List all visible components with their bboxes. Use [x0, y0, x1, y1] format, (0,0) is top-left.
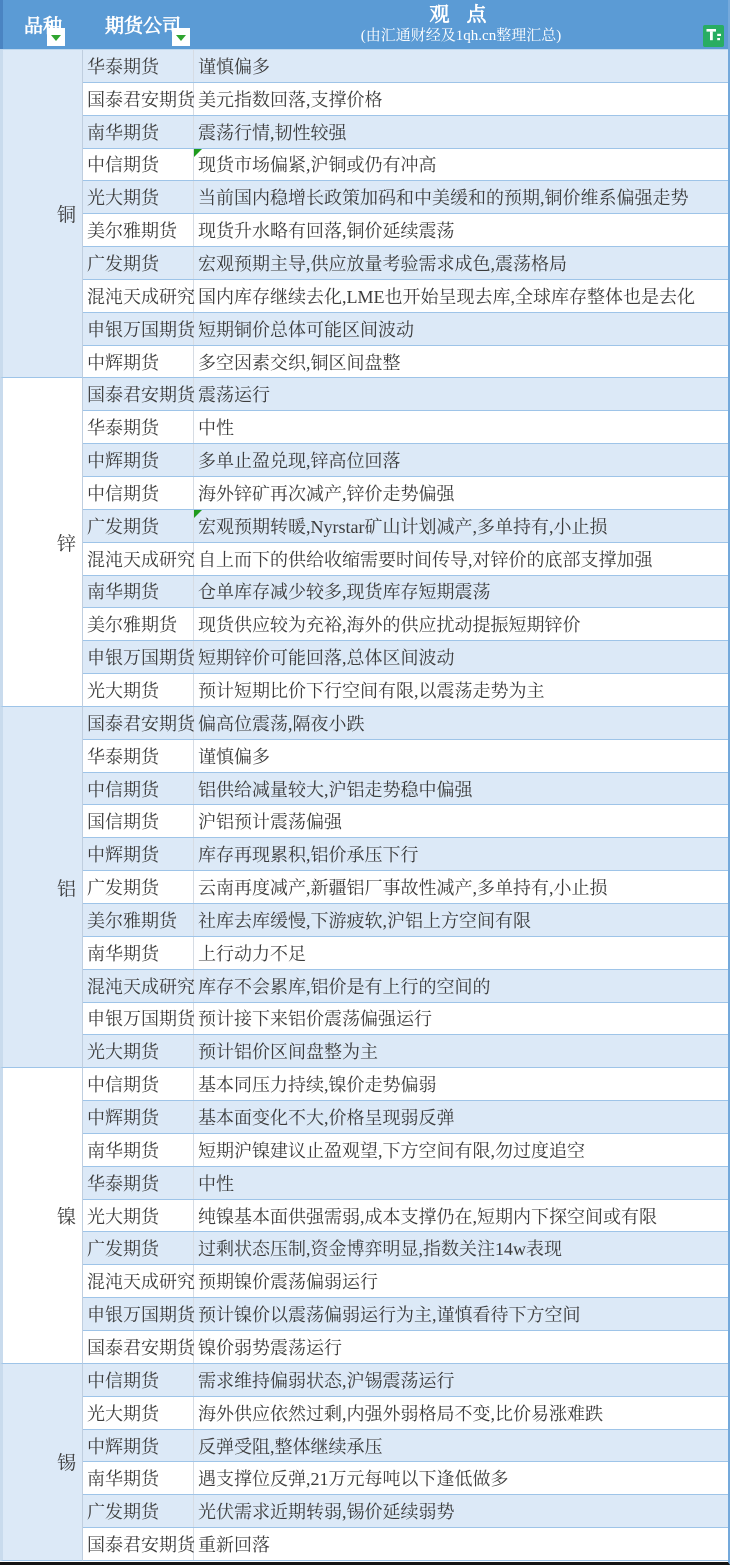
viewpoint-cell: 震荡运行 [194, 378, 728, 410]
table-row: 中辉期货多单止盈兑现,锌高位回落 [83, 444, 728, 477]
viewpoint-cell: 谨慎偏多 [194, 50, 728, 82]
viewpoint-cell: 沪铝预计震荡偏强 [194, 805, 728, 837]
table-row: 南华期货震荡行情,韧性较强 [83, 116, 728, 149]
header-cell-viewpoint: 观 点 (由汇通财经及1qh.cn整理汇总) [194, 0, 728, 49]
table-row: 南华期货短期沪镍建议止盈观望,下方空间有限,勿过度追空 [83, 1134, 728, 1167]
viewpoint-cell: 云南再度减产,新疆铝厂事故性减产,多单持有,小止损 [194, 871, 728, 903]
comment-triangle-icon [194, 149, 202, 157]
table-row: 混沌天成研究自上而下的供给收缩需要时间传导,对锌价的底部支撑加强 [83, 543, 728, 576]
company-cell: 华泰期货 [83, 1167, 194, 1199]
filter-dropdown-icon[interactable] [172, 28, 190, 46]
table-row: 中辉期货库存再现累积,铝价承压下行 [83, 838, 728, 871]
table-row: 中辉期货反弹受阻,整体继续承压 [83, 1430, 728, 1463]
table-row: 南华期货遇支撑位反弹,21万元每吨以下逢低做多 [83, 1462, 728, 1495]
table-row: 国泰君安期货镍价弱势震荡运行 [83, 1331, 728, 1364]
header-cell-variety: 品种 [0, 0, 83, 49]
comment-triangle-icon [194, 510, 202, 518]
company-cell: 光大期货 [83, 1035, 194, 1067]
table-row: 华泰期货中性 [83, 411, 728, 444]
table-row: 中信期货基本同压力持续,镍价走势偏弱 [83, 1068, 728, 1101]
viewpoint-cell: 短期沪镍建议止盈观望,下方空间有限,勿过度追空 [194, 1134, 728, 1166]
table-row: 南华期货仓单库存减少较多,现货库存短期震荡 [83, 576, 728, 609]
variety-section: 锡中信期货需求维持偏弱状态,沪锡震荡运行光大期货海外供应依然过剩,内强外弱格局不… [0, 1364, 728, 1561]
company-cell: 南华期货 [83, 937, 194, 969]
viewpoint-cell: 多空因素交织,铜区间盘整 [194, 346, 728, 378]
viewpoint-cell: 中性 [194, 1167, 728, 1199]
company-cell: 南华期货 [83, 1134, 194, 1166]
company-cell: 中信期货 [83, 149, 194, 181]
table-body: 铜华泰期货谨慎偏多国泰君安期货美元指数回落,支撑价格南华期货震荡行情,韧性较强中… [0, 50, 728, 1561]
table-row: 中辉期货多空因素交织,铜区间盘整 [83, 346, 728, 379]
company-cell: 华泰期货 [83, 411, 194, 443]
futures-opinions-table: 品种 期货公司 观 点 (由汇通财经及1qh.cn整理汇总) 铜华泰期货谨慎偏多… [0, 0, 730, 1565]
table-row: 中辉期货基本面变化不大,价格呈现弱反弹 [83, 1101, 728, 1134]
company-cell: 美尔雅期货 [83, 214, 194, 246]
viewpoint-cell: 遇支撑位反弹,21万元每吨以下逢低做多 [194, 1462, 728, 1494]
viewpoint-cell: 短期铜价总体可能区间波动 [194, 313, 728, 345]
variety-cell: 锌 [0, 378, 83, 706]
company-cell: 国泰君安期货 [83, 707, 194, 739]
company-cell: 国泰君安期货 [83, 1331, 194, 1363]
table-row: 美尔雅期货社库去库缓慢,下游疲软,沪铝上方空间有限 [83, 904, 728, 937]
variety-cell: 铜 [0, 50, 83, 378]
company-header-label: 期货公司 [105, 11, 181, 38]
company-cell: 混沌天成研究 [83, 970, 194, 1002]
table-row: 南华期货上行动力不足 [83, 937, 728, 970]
company-cell: 光大期货 [83, 1397, 194, 1429]
company-cell: 混沌天成研究 [83, 1265, 194, 1297]
viewpoint-cell: 库存不会累库,铝价是有上行的空间的 [194, 970, 728, 1002]
table-row: 申银万国期货短期铜价总体可能区间波动 [83, 313, 728, 346]
viewpoint-cell: 海外供应依然过剩,内强外弱格局不变,比价易涨难跌 [194, 1397, 728, 1429]
viewpoint-cell: 仓单库存减少较多,现货库存短期震荡 [194, 576, 728, 608]
company-cell: 南华期货 [83, 116, 194, 148]
variety-section: 锌国泰君安期货震荡运行华泰期货中性中辉期货多单止盈兑现,锌高位回落中信期货海外锌… [0, 378, 728, 706]
table-row: 光大期货海外供应依然过剩,内强外弱格局不变,比价易涨难跌 [83, 1397, 728, 1430]
viewpoint-cell: 中性 [194, 411, 728, 443]
filter-dropdown-icon[interactable] [47, 28, 65, 46]
table-row: 中信期货铝供给减量较大,沪铝走势稳中偏强 [83, 773, 728, 806]
filter-funnel-icon[interactable] [703, 25, 724, 47]
table-header-row: 品种 期货公司 观 点 (由汇通财经及1qh.cn整理汇总) [0, 0, 728, 50]
company-cell: 南华期货 [83, 576, 194, 608]
company-cell: 申银万国期货 [83, 1003, 194, 1035]
company-cell: 中辉期货 [83, 1430, 194, 1462]
viewpoint-cell: 预期镍价震荡偏弱运行 [194, 1265, 728, 1297]
table-row: 国泰君安期货重新回落 [83, 1528, 728, 1561]
chevron-down-icon [176, 35, 186, 41]
viewpoint-cell: 基本同压力持续,镍价走势偏弱 [194, 1068, 728, 1100]
company-cell: 广发期货 [83, 510, 194, 542]
table-row: 混沌天成研究预期镍价震荡偏弱运行 [83, 1265, 728, 1298]
table-row: 中信期货需求维持偏弱状态,沪锡震荡运行 [83, 1364, 728, 1397]
viewpoint-cell: 纯镍基本面供强需弱,成本支撑仍在,短期内下探空间或有限 [194, 1200, 728, 1232]
viewpoint-cell: 谨慎偏多 [194, 740, 728, 772]
table-row: 申银万国期货短期锌价可能回落,总体区间波动 [83, 641, 728, 674]
viewpoint-header-subtitle: (由汇通财经及1qh.cn整理汇总) [361, 27, 561, 46]
company-cell: 国泰君安期货 [83, 83, 194, 115]
viewpoint-cell: 基本面变化不大,价格呈现弱反弹 [194, 1101, 728, 1133]
table-row: 国泰君安期货震荡运行 [83, 378, 728, 411]
company-cell: 广发期货 [83, 1232, 194, 1264]
company-cell: 申银万国期货 [83, 641, 194, 673]
viewpoint-cell: 预计铝价区间盘整为主 [194, 1035, 728, 1067]
table-row: 国泰君安期货美元指数回落,支撑价格 [83, 83, 728, 116]
viewpoint-cell: 上行动力不足 [194, 937, 728, 969]
company-cell: 混沌天成研究 [83, 543, 194, 575]
viewpoint-cell: 预计镍价以震荡偏弱运行为主,谨慎看待下方空间 [194, 1298, 728, 1330]
company-cell: 国泰君安期货 [83, 378, 194, 410]
viewpoint-cell: 需求维持偏弱状态,沪锡震荡运行 [194, 1364, 728, 1396]
viewpoint-cell: 现货市场偏紧,沪铜或仍有冲高 [194, 149, 728, 181]
company-cell: 美尔雅期货 [83, 608, 194, 640]
table-row: 美尔雅期货现货升水略有回落,铜价延续震荡 [83, 214, 728, 247]
viewpoint-cell: 光伏需求近期转弱,锡价延续弱势 [194, 1495, 728, 1527]
company-cell: 广发期货 [83, 1495, 194, 1527]
viewpoint-header-title: 观 点 [430, 3, 493, 27]
table-row: 混沌天成研究国内库存继续去化,LME也开始呈现去库,全球库存整体也是去化 [83, 280, 728, 313]
variety-cell: 镍 [0, 1068, 83, 1364]
viewpoint-cell: 铝供给减量较大,沪铝走势稳中偏强 [194, 773, 728, 805]
viewpoint-cell: 多单止盈兑现,锌高位回落 [194, 444, 728, 476]
table-row: 广发期货宏观预期主导,供应放量考验需求成色,震荡格局 [83, 247, 728, 280]
viewpoint-cell: 预计接下来铝价震荡偏强运行 [194, 1003, 728, 1035]
viewpoint-cell: 现货升水略有回落,铜价延续震荡 [194, 214, 728, 246]
table-row: 申银万国期货预计接下来铝价震荡偏强运行 [83, 1003, 728, 1036]
company-cell: 申银万国期货 [83, 313, 194, 345]
chevron-down-icon [51, 35, 61, 41]
company-cell: 广发期货 [83, 247, 194, 279]
company-cell: 华泰期货 [83, 50, 194, 82]
company-cell: 光大期货 [83, 674, 194, 706]
table-row: 光大期货纯镍基本面供强需弱,成本支撑仍在,短期内下探空间或有限 [83, 1200, 728, 1233]
company-cell: 混沌天成研究 [83, 280, 194, 312]
table-row: 国泰君安期货偏高位震荡,隔夜小跌 [83, 707, 728, 740]
table-row: 华泰期货谨慎偏多 [83, 740, 728, 773]
table-row: 广发期货云南再度减产,新疆铝厂事故性减产,多单持有,小止损 [83, 871, 728, 904]
viewpoint-cell: 震荡行情,韧性较强 [194, 116, 728, 148]
company-cell: 广发期货 [83, 871, 194, 903]
company-cell: 华泰期货 [83, 740, 194, 772]
viewpoint-cell: 镍价弱势震荡运行 [194, 1331, 728, 1363]
variety-section: 铜华泰期货谨慎偏多国泰君安期货美元指数回落,支撑价格南华期货震荡行情,韧性较强中… [0, 50, 728, 378]
viewpoint-cell: 海外锌矿再次减产,锌价走势偏强 [194, 477, 728, 509]
company-cell: 南华期货 [83, 1462, 194, 1494]
variety-section: 铝国泰君安期货偏高位震荡,隔夜小跌华泰期货谨慎偏多中信期货铝供给减量较大,沪铝走… [0, 707, 728, 1068]
viewpoint-cell: 现货供应较为充裕,海外的供应扰动提振短期锌价 [194, 608, 728, 640]
viewpoint-cell: 美元指数回落,支撑价格 [194, 83, 728, 115]
header-cell-company: 期货公司 [83, 0, 194, 49]
company-cell: 中信期货 [83, 773, 194, 805]
company-cell: 中辉期货 [83, 1101, 194, 1133]
table-row: 申银万国期货预计镍价以震荡偏弱运行为主,谨慎看待下方空间 [83, 1298, 728, 1331]
variety-cell: 锡 [0, 1364, 83, 1561]
viewpoint-cell: 预计短期比价下行空间有限,以震荡走势为主 [194, 674, 728, 706]
viewpoint-cell: 重新回落 [194, 1528, 728, 1560]
table-row: 美尔雅期货现货供应较为充裕,海外的供应扰动提振短期锌价 [83, 608, 728, 641]
viewpoint-cell: 自上而下的供给收缩需要时间传导,对锌价的底部支撑加强 [194, 543, 728, 575]
company-cell: 美尔雅期货 [83, 904, 194, 936]
viewpoint-cell: 宏观预期转暖,Nyrstar矿山计划减产,多单持有,小止损 [194, 510, 728, 542]
viewpoint-cell: 库存再现累积,铝价承压下行 [194, 838, 728, 870]
company-cell: 中辉期货 [83, 346, 194, 378]
table-row: 光大期货当前国内稳增长政策加码和中美缓和的预期,铜价维系偏强走势 [83, 181, 728, 214]
table-row: 广发期货光伏需求近期转弱,锡价延续弱势 [83, 1495, 728, 1528]
variety-section: 镍中信期货基本同压力持续,镍价走势偏弱中辉期货基本面变化不大,价格呈现弱反弹南华… [0, 1068, 728, 1364]
company-cell: 中辉期货 [83, 444, 194, 476]
company-cell: 国泰君安期货 [83, 1528, 194, 1560]
table-row: 华泰期货中性 [83, 1167, 728, 1200]
company-cell: 中信期货 [83, 1068, 194, 1100]
company-cell: 中辉期货 [83, 838, 194, 870]
company-cell: 光大期货 [83, 1200, 194, 1232]
variety-cell: 铝 [0, 707, 83, 1068]
company-cell: 国信期货 [83, 805, 194, 837]
viewpoint-cell: 社库去库缓慢,下游疲软,沪铝上方空间有限 [194, 904, 728, 936]
viewpoint-cell: 过剩状态压制,资金博弈明显,指数关注14w表现 [194, 1232, 728, 1264]
table-row: 广发期货过剩状态压制,资金博弈明显,指数关注14w表现 [83, 1232, 728, 1265]
table-row: 广发期货宏观预期转暖,Nyrstar矿山计划减产,多单持有,小止损 [83, 510, 728, 543]
viewpoint-cell: 国内库存继续去化,LME也开始呈现去库,全球库存整体也是去化 [194, 280, 728, 312]
company-cell: 申银万国期货 [83, 1298, 194, 1330]
table-row: 光大期货预计短期比价下行空间有限,以震荡走势为主 [83, 674, 728, 707]
viewpoint-cell: 宏观预期主导,供应放量考验需求成色,震荡格局 [194, 247, 728, 279]
table-row: 华泰期货谨慎偏多 [83, 50, 728, 83]
company-cell: 中信期货 [83, 1364, 194, 1396]
table-row: 中信期货海外锌矿再次减产,锌价走势偏强 [83, 477, 728, 510]
company-cell: 中信期货 [83, 477, 194, 509]
table-row: 混沌天成研究库存不会累库,铝价是有上行的空间的 [83, 970, 728, 1003]
viewpoint-cell: 偏高位震荡,隔夜小跌 [194, 707, 728, 739]
table-row: 光大期货预计铝价区间盘整为主 [83, 1035, 728, 1068]
company-cell: 光大期货 [83, 181, 194, 213]
table-row: 中信期货现货市场偏紧,沪铜或仍有冲高 [83, 149, 728, 182]
viewpoint-cell: 反弹受阻,整体继续承压 [194, 1430, 728, 1462]
table-row: 国信期货沪铝预计震荡偏强 [83, 805, 728, 838]
viewpoint-cell: 短期锌价可能回落,总体区间波动 [194, 641, 728, 673]
viewpoint-cell: 当前国内稳增长政策加码和中美缓和的预期,铜价维系偏强走势 [194, 181, 728, 213]
